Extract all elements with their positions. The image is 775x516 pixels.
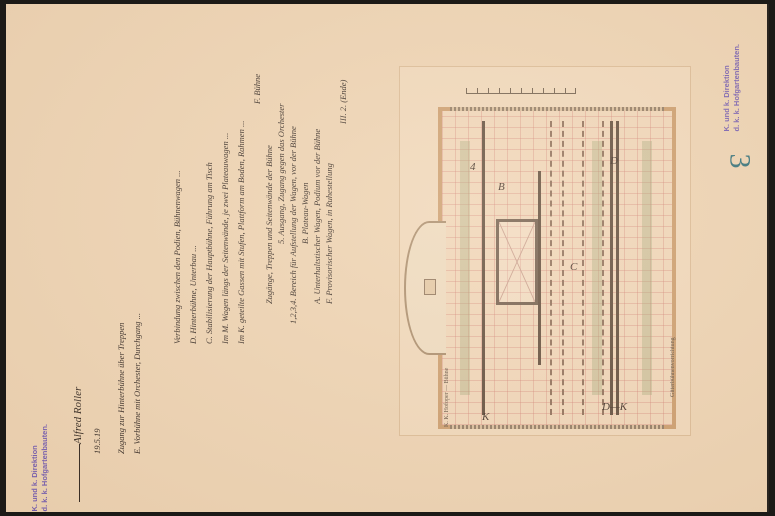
stamp-top-right: K. und k. Direktion d. k. k. Hofgartenba… <box>722 44 742 132</box>
stamp-line-1: K. und k. Direktion <box>30 445 39 511</box>
plan-label: K <box>482 411 489 423</box>
track-dashed <box>582 121 584 415</box>
stamp-line-2: d. k. k. Hofgartenbauten. <box>732 44 741 132</box>
handwritten-notes: III. 2. (Ende) F. Provisorischer Wagen, … <box>72 44 372 464</box>
proscenium-curve <box>404 221 446 355</box>
document-sheet: K. und k. Direktion d. k. k. Hofgartenba… <box>6 4 769 512</box>
note-line: Im K. geteilte Gassen mit Stufen, Plattf… <box>236 44 246 344</box>
plan-label: 4 <box>470 161 476 173</box>
wall-bottom <box>450 425 664 429</box>
track-line <box>482 121 485 415</box>
note-line: 5. Ausgang, Zugang gegen das Orchester <box>276 44 286 244</box>
date: 19.5.19 <box>92 394 102 454</box>
plan-label: D—K <box>602 401 627 413</box>
wall-top <box>450 107 664 111</box>
note-line: B. Plateau-Wagen <box>300 44 310 244</box>
floor-plan: 4 B C D D—K K Gitterbühnenvorrichtung K.… <box>399 66 691 436</box>
signature: Alfred Roller <box>72 384 84 444</box>
stage-outline: 4 B C D D—K K <box>438 107 676 429</box>
note-line: Verbindung zwischen den Podien, Bühnenwa… <box>172 44 182 344</box>
door <box>424 279 436 295</box>
note-line: Zugang zur Hinterbühne über Treppen <box>116 194 126 454</box>
plan-caption: K. K. Hofoper — Bühne <box>444 357 450 427</box>
stamp-line-1: K. und k. Direktion <box>722 65 731 131</box>
plan-annotation: Gitterbühnenvorrichtung <box>670 287 676 397</box>
stamp-line-2: d. k. k. Hofgartenbauten. <box>40 424 49 512</box>
plan-label: B <box>498 181 505 193</box>
note-line: E. Vorbühne mit Orchester, Durchgang ... <box>132 154 142 454</box>
plan-label: C <box>570 261 577 273</box>
track-dashed <box>562 121 564 415</box>
note-line: D. Hinterbühne, Unterbau ... <box>188 44 198 344</box>
plan-label: D <box>610 155 618 167</box>
note-line: Im M. Wagen längs der Seitenwände, je zw… <box>220 44 230 344</box>
track-line <box>538 171 541 365</box>
lift-platform <box>496 219 538 305</box>
stage-strip <box>460 141 470 395</box>
signature-underline <box>79 444 80 502</box>
stamp-bottom-left: K. und k. Direktion d. k. k. Hofgartenba… <box>30 424 50 512</box>
page-number: 3 <box>723 154 757 169</box>
note-line: A. Unterhaltstischer Wagen, Podium vor d… <box>312 44 322 304</box>
scale-bar <box>466 87 576 94</box>
note-line: Zugänge, Treppen und Seitenwände der Büh… <box>264 44 274 304</box>
stage-strip <box>592 141 602 395</box>
stage-strip <box>642 141 652 395</box>
note-line: F. Provisorischer Wagen, in Ruhestellung <box>324 44 334 304</box>
note-line: 1,2,3,4. Bereich für Aufstellung der Wag… <box>288 44 298 324</box>
track-dashed <box>602 121 604 415</box>
track-dashed <box>550 121 552 415</box>
note-line: F. Bühne <box>252 44 262 104</box>
notes-heading: III. 2. (Ende) <box>338 44 348 124</box>
note-line: C. Stabilisierung der Hauptbühne, Führun… <box>204 44 214 344</box>
